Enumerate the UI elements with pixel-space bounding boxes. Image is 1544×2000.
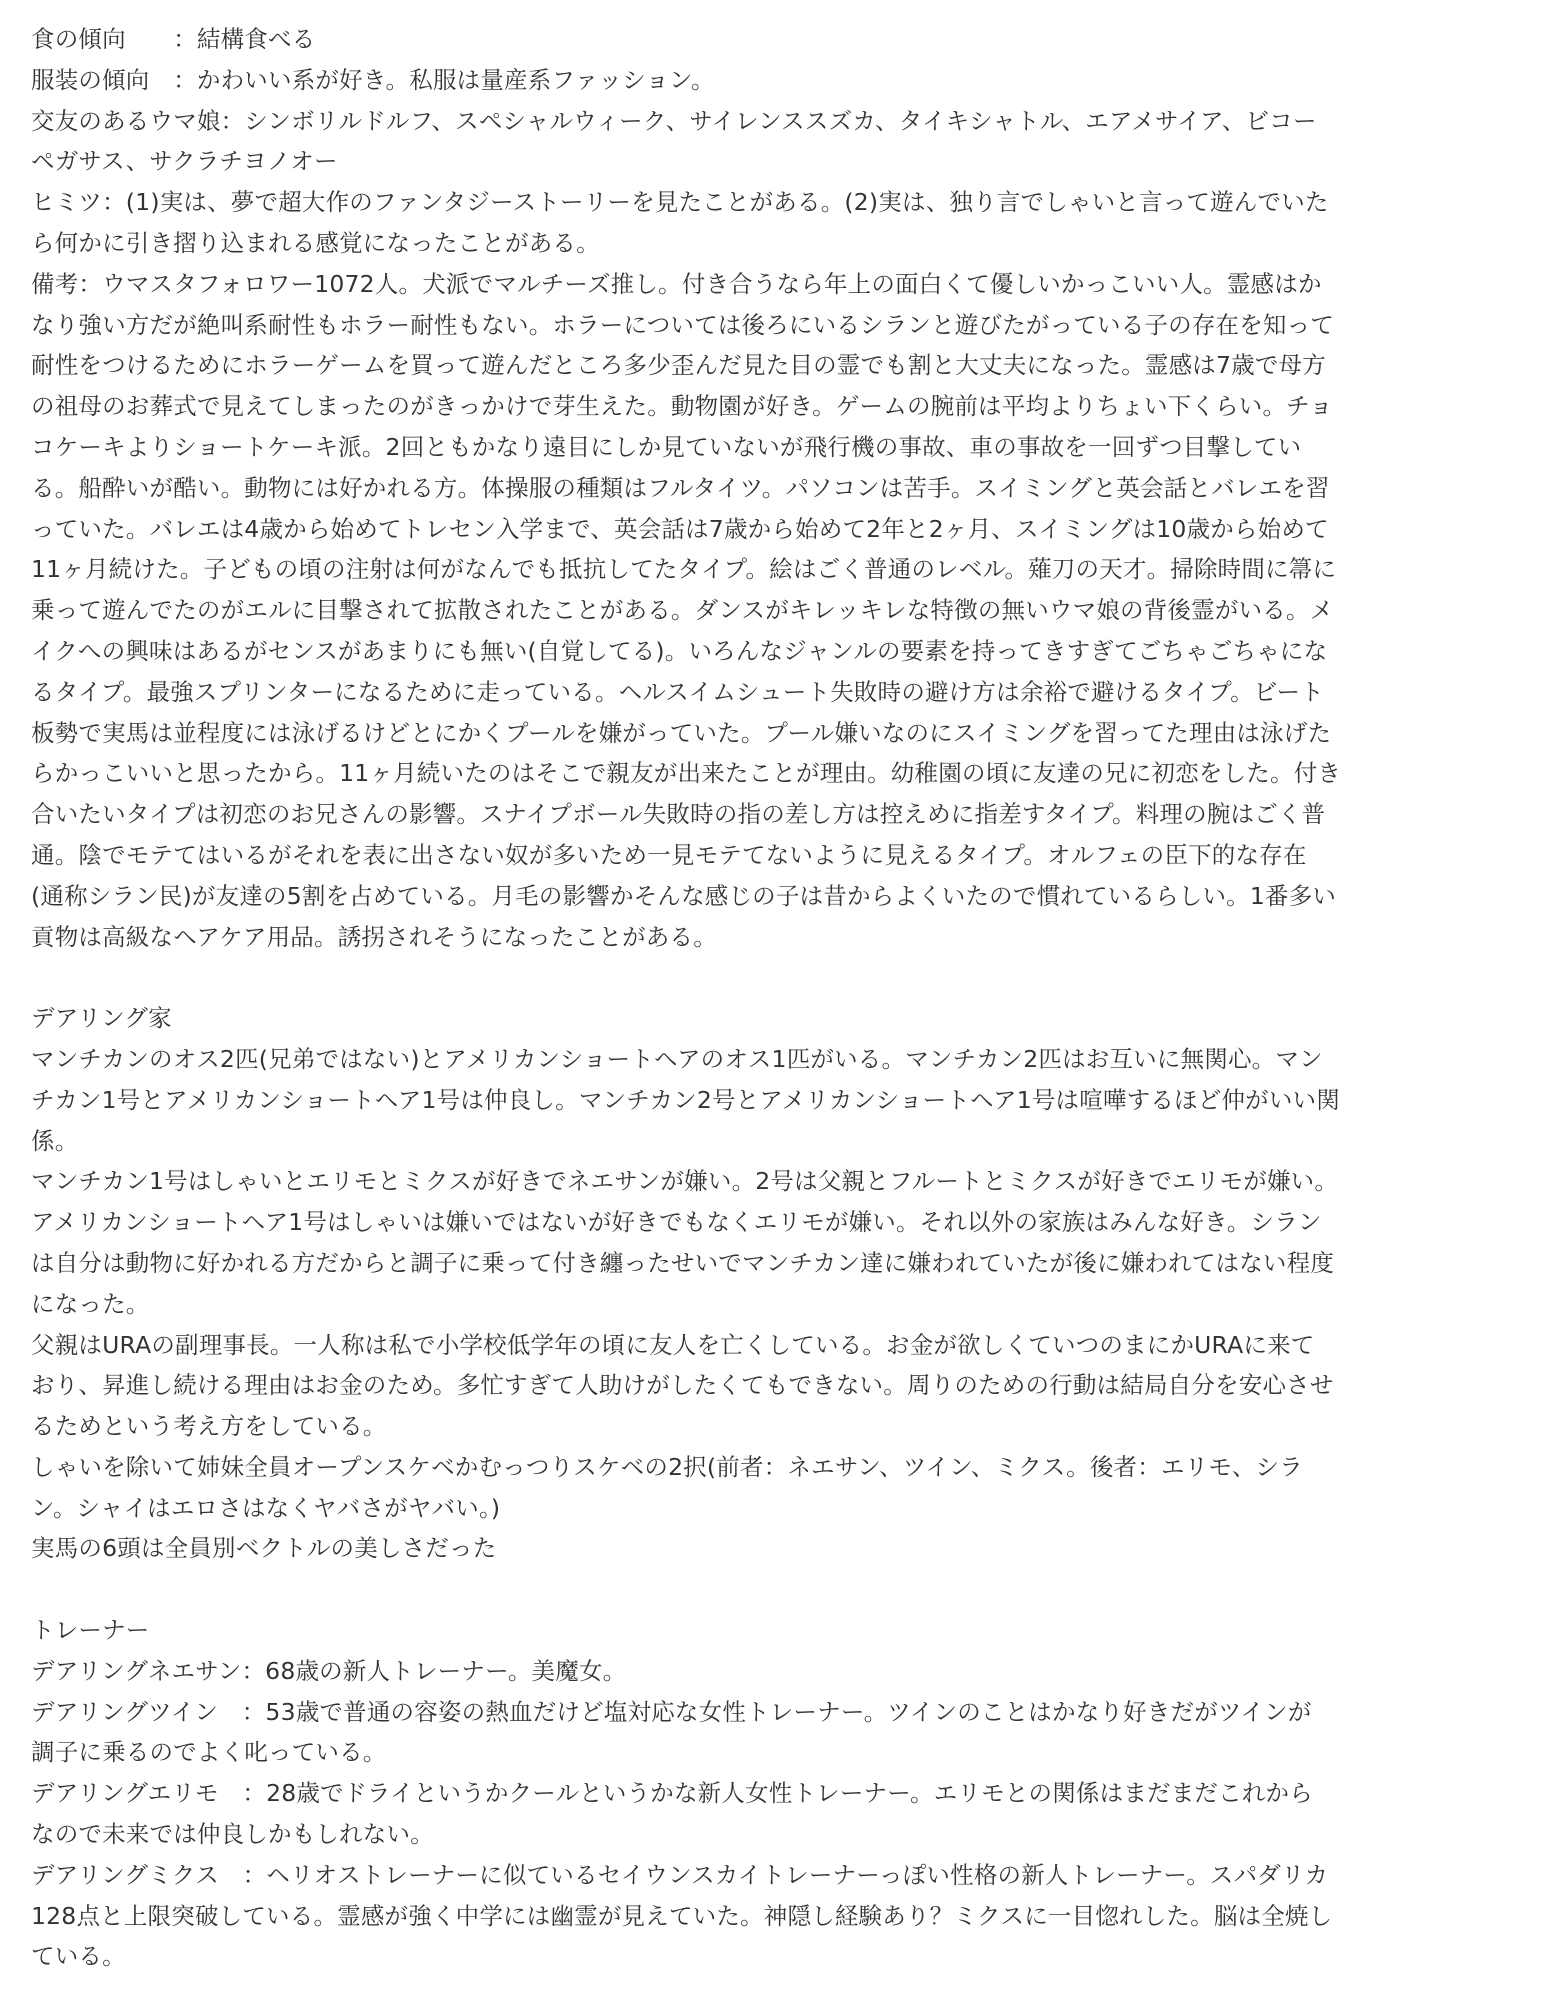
family-paragraph-real-horses: 実馬の6頭は全員別ベクトルの美しさだった — [31, 1528, 1521, 1569]
text-line: になった。 — [31, 1284, 1521, 1325]
text-line: るタイプ。最強スプリンターになるために走っている。ヘルスイムシュート失敗時の避け… — [31, 672, 1521, 713]
text-line: の祖母のお葬式で見えてしまったのがきっかけで芽生えた。動物園が好き。ゲームの腕前… — [31, 386, 1521, 427]
text-line: デアリングツイン ：53歳で普通の容姿の熱血だけど塩対応な女性トレーナー。ツイン… — [31, 1692, 1521, 1733]
text-line: 11ヶ月続けた。子どもの頃の注射は何がなんでも抵抗してたタイプ。絵はごく普通のレ… — [31, 549, 1521, 590]
text-line: マンチカンのオス2匹(兄弟ではない)とアメリカンショートヘアのオス1匹がいる。マ… — [31, 1039, 1521, 1080]
text-line: 耐性をつけるためにホラーゲームを買って遊んだところ多少歪んだ見た目の霊でも割と大… — [31, 345, 1521, 386]
text-line: 服装の傾向 ：かわいい系が好き。私服は量産系ファッション。 — [31, 60, 1521, 101]
text-line: (通称シラン民)が友達の5割を占めている。月毛の影響かそんな感じの子は昔からよく… — [31, 876, 1521, 917]
family-section: デアリング家 マンチカンのオス2匹(兄弟ではない)とアメリカンショートヘアのオス… — [31, 998, 1521, 1569]
text-line: なので未来では仲良しかもしれない。 — [31, 1814, 1521, 1855]
family-paragraph-cats: マンチカンのオス2匹(兄弟ではない)とアメリカンショートヘアのオス1匹がいる。マ… — [31, 1039, 1521, 1161]
text-line: 通。陰でモテてはいるがそれを表に出さない奴が多いため一見モテてないように見えるタ… — [31, 835, 1521, 876]
trainer-entry-erimo: デアリングエリモ ：28歳でドライというかクールというかな新人女性トレーナー。エ… — [31, 1773, 1521, 1855]
text-line: 板勢で実馬は並程度には泳げるけどとにかくプールを嫌がっていた。プール嫌いなのにス… — [31, 713, 1521, 754]
trainer-entry-mix: デアリングミクス ：ヘリオストレーナーに似ているセイウンスカイトレーナーっぽい性… — [31, 1855, 1521, 1977]
text-line: おり、昇進し続ける理由はお金のため。多忙すぎて人助けがしたくてもできない。周りの… — [31, 1365, 1521, 1406]
text-line: デアリングミクス ：ヘリオストレーナーに似ているセイウンスカイトレーナーっぽい性… — [31, 1855, 1521, 1896]
profile-friends: 交友のあるウマ娘：シンボリルドルフ、スペシャルウィーク、サイレンススズカ、タイキ… — [31, 101, 1521, 183]
blank-line — [31, 1569, 1521, 1610]
text-line: なり強い方だが絶叫系耐性もホラー耐性もない。ホラーについては後ろにいるシランと遊… — [31, 305, 1521, 346]
text-line: デアリングネエサン：68歳の新人トレーナー。美魔女。 — [31, 1651, 1521, 1692]
text-line: るためという考え方をしている。 — [31, 1406, 1521, 1447]
section-heading: デアリング家 — [31, 998, 1521, 1039]
text-line: っていた。バレエは4歳から始めてトレセン入学まで、英会話は7歳から始めて2年と2… — [31, 509, 1521, 550]
family-paragraph-father: 父親はURAの副理事長。一人称は私で小学校低学年の頃に友人を亡くしている。お金が… — [31, 1325, 1521, 1447]
text-line: 交友のあるウマ娘：シンボリルドルフ、スペシャルウィーク、サイレンススズカ、タイキ… — [31, 101, 1521, 142]
text-line: アメリカンショートヘア1号はしゃいは嫌いではないが好きでもなくエリモが嫌い。それ… — [31, 1202, 1521, 1243]
profile-notes: 備考：ウマスタフォロワー1072人。犬派でマルチーズ推し。付き合うなら年上の面白… — [31, 264, 1521, 958]
text-line: ら何かに引き摺り込まれる感覚になったことがある。 — [31, 223, 1521, 264]
text-line: 調子に乗るのでよく叱っている。 — [31, 1732, 1521, 1773]
text-line: ペガサス、サクラチヨノオー — [31, 141, 1521, 182]
text-line: イクへの興味はあるがセンスがあまりにも無い(自覚してる)。いろんなジャンルの要素… — [31, 631, 1521, 672]
text-line: は自分は動物に好かれる方だからと調子に乗って付き纏ったせいでマンチカン達に嫌われ… — [31, 1243, 1521, 1284]
text-line: 父親はURAの副理事長。一人称は私で小学校低学年の頃に友人を亡くしている。お金が… — [31, 1325, 1521, 1366]
profile-section: 食の傾向 ：結構食べる 服装の傾向 ：かわいい系が好き。私服は量産系ファッション… — [31, 19, 1521, 957]
profile-food: 食の傾向 ：結構食べる — [31, 19, 1521, 60]
section-heading: トレーナー — [31, 1610, 1521, 1651]
text-line: デアリングエリモ ：28歳でドライというかクールというかな新人女性トレーナー。エ… — [31, 1773, 1521, 1814]
text-line: ている。 — [31, 1936, 1521, 1977]
text-line: コケーキよりショートケーキ派。2回ともかなり遠目にしか見ていないが飛行機の事故、… — [31, 427, 1521, 468]
text-line: マンチカン1号はしゃいとエリモとミクスが好きでネエサンが嫌い。2号は父親とフルー… — [31, 1161, 1521, 1202]
blank-line — [31, 957, 1521, 998]
text-line: 係。 — [31, 1121, 1521, 1162]
trainer-entry-twin: デアリングツイン ：53歳で普通の容姿の熱血だけど塩対応な女性トレーナー。ツイン… — [31, 1692, 1521, 1774]
text-line: チカン1号とアメリカンショートヘア1号は仲良し。マンチカン2号とアメリカンショー… — [31, 1080, 1521, 1121]
profile-clothing: 服装の傾向 ：かわいい系が好き。私服は量産系ファッション。 — [31, 60, 1521, 101]
text-line: しゃいを除いて姉妹全員オープンスケベかむっつりスケベの2択(前者：ネエサン、ツイ… — [31, 1447, 1521, 1488]
text-line: 合いたいタイプは初恋のお兄さんの影響。スナイプボール失敗時の指の差し方は控えめに… — [31, 794, 1521, 835]
text-line: 128点と上限突破している。霊感が強く中学には幽霊が見えていた。神隠し経験あり？… — [31, 1896, 1521, 1937]
trainer-entry-neesan: デアリングネエサン：68歳の新人トレーナー。美魔女。 — [31, 1651, 1521, 1692]
text-line: 備考：ウマスタフォロワー1072人。犬派でマルチーズ推し。付き合うなら年上の面白… — [31, 264, 1521, 305]
text-line: る。船酔いが酷い。動物には好かれる方。体操服の種類はフルタイツ。パソコンは苦手。… — [31, 468, 1521, 509]
text-line: ン。シャイはエロさはなくヤバさがヤバい。) — [31, 1488, 1521, 1529]
profile-secrets: ヒミツ：(1)実は、夢で超大作のファンタジーストーリーを見たことがある。(2)実… — [31, 182, 1521, 264]
text-line: 乗って遊んでたのがエルに目撃されて拡散されたことがある。ダンスがキレッキレな特徴… — [31, 590, 1521, 631]
family-paragraph-sisters: しゃいを除いて姉妹全員オープンスケベかむっつりスケベの2択(前者：ネエサン、ツイ… — [31, 1447, 1521, 1529]
text-line: らかっこいいと思ったから。11ヶ月続いたのはそこで親友が出来たことが理由。幼稚園… — [31, 753, 1521, 794]
text-line: 食の傾向 ：結構食べる — [31, 19, 1521, 60]
text-line: 実馬の6頭は全員別ベクトルの美しさだった — [31, 1528, 1521, 1569]
text-line: 貢物は高級なヘアケア用品。誘拐されそうになったことがある。 — [31, 917, 1521, 958]
text-line: ヒミツ：(1)実は、夢で超大作のファンタジーストーリーを見たことがある。(2)実… — [31, 182, 1521, 223]
family-paragraph-cat-preferences: マンチカン1号はしゃいとエリモとミクスが好きでネエサンが嫌い。2号は父親とフルー… — [31, 1161, 1521, 1324]
trainer-section: トレーナー デアリングネエサン：68歳の新人トレーナー。美魔女。 デアリングツイ… — [31, 1610, 1521, 1977]
document-body: 食の傾向 ：結構食べる 服装の傾向 ：かわいい系が好き。私服は量産系ファッション… — [31, 19, 1521, 1977]
